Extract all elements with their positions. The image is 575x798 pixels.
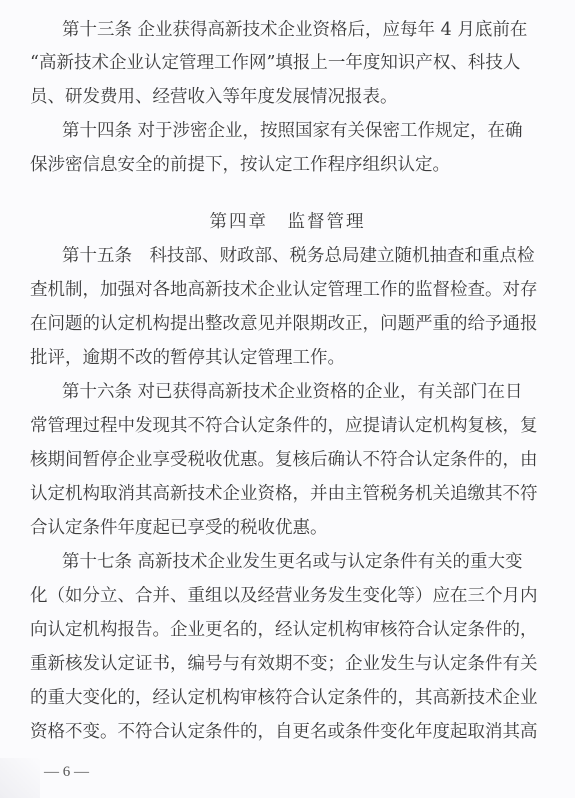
article-14-line-1: 第十四条 对于涉密企业，按照国家有关保密工作规定，在确 — [62, 119, 466, 143]
article-17-line-2: 化（如分立、合并、重组以及经营业务发生变化等）应在三个月内 — [30, 584, 466, 608]
article-16-line-3: 核期间暂停企业享受税收优惠。复核后确认不符合认定条件的，由 — [30, 448, 466, 472]
article-16-line-4: 认定机构取消其高新技术企业资格，并由主管税务机关追缴其不符 — [30, 482, 466, 506]
article-13-line-3: 员、研发费用、经营收入等年度发展情况报表。 — [30, 85, 398, 109]
article-13-line-1: 第十三条 企业获得高新技术企业资格后，应每年 4 月底前在 — [62, 18, 466, 42]
article-17-line-5: 的重大变化的，经认定机构审核符合认定条件的，其高新技术企业 — [30, 686, 466, 710]
document-page: 第十三条 企业获得高新技术企业资格后，应每年 4 月底前在 “高新技术企业认定管… — [0, 0, 575, 798]
article-15-line-2: 查机制，加强对各地高新技术企业认定管理工作的监督检查。对存 — [30, 278, 466, 302]
chapter-heading: 第四章 监督管理 — [0, 210, 575, 234]
article-16-line-5: 合认定条件年度起已享受的税收优惠。 — [30, 516, 328, 540]
page-number: — 6 — — [44, 762, 89, 782]
article-17-line-6: 资格不变。不符合认定条件的，自更名或条件变化年度起取消其高 — [30, 720, 466, 744]
article-17-line-4: 重新核发认定证书，编号与有效期不变；企业发生与认定条件有关 — [30, 652, 466, 676]
scan-shadow — [0, 758, 40, 798]
article-13-line-2: “高新技术企业认定管理工作网”填报上一年度知识产权、科技人 — [30, 51, 466, 75]
article-15-line-4: 批评，逾期不改的暂停其认定管理工作。 — [30, 346, 345, 370]
article-17-line-1: 第十七条 高新技术企业发生更名或与认定条件有关的重大变 — [62, 550, 466, 574]
article-14-line-2: 保涉密信息安全的前提下，按认定工作程序组织认定。 — [30, 153, 450, 177]
article-15-line-3: 在问题的认定机构提出整改意见并限期改正，问题严重的给予通报 — [30, 312, 466, 336]
article-15-line-1: 第十五条 科技部、财政部、税务总局建立随机抽查和重点检 — [62, 244, 466, 268]
article-17-line-3: 向认定机构报告。企业更名的，经认定机构审核符合认定条件的， — [30, 618, 466, 642]
article-16-line-1: 第十六条 对已获得高新技术企业资格的企业，有关部门在日 — [62, 380, 466, 404]
article-16-line-2: 常管理过程中发现其不符合认定条件的，应提请认定机构复核，复 — [30, 414, 466, 438]
